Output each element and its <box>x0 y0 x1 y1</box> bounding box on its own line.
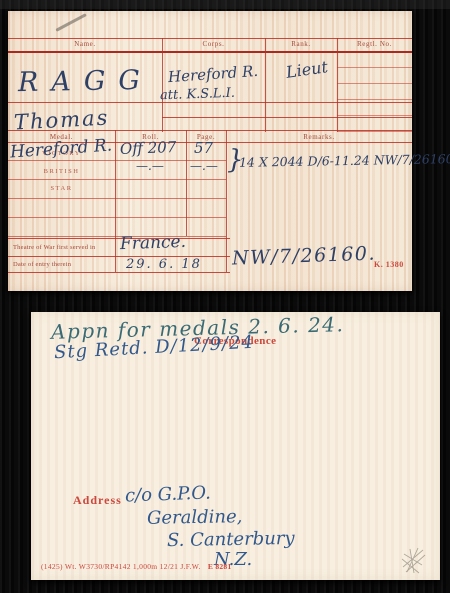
address-line-3: S. Canterbury <box>167 530 295 550</box>
grid-line <box>8 130 412 131</box>
printers-code-line: (1425) Wt. W3730/RP4142 1,000m 12/21 J.F… <box>41 562 232 571</box>
medal-index-card-back: Appn for medals 2. 6. 24. Correspondence… <box>31 312 440 580</box>
printers-code: (1425) Wt. W3730/RP4142 1,000m 12/21 J.F… <box>41 562 201 571</box>
grid-line <box>8 38 412 39</box>
corps-column-header: Corps. <box>162 40 265 48</box>
medal-index-card-front: Name. Corps. Rank. Regtl. No. RAGG Thoma… <box>8 11 412 291</box>
grid-line <box>115 130 116 272</box>
grid-line <box>8 102 412 103</box>
address-label: Address <box>73 493 122 508</box>
date-of-entry-label: Date of entry therein <box>13 261 71 269</box>
roll-value-1: Off 207 <box>120 140 177 157</box>
roll-value-2: —.— <box>136 160 164 172</box>
rank-column-header: Rank. <box>265 40 337 48</box>
remarks-header: Remarks. <box>226 133 412 141</box>
embossed-crest-mark <box>399 545 427 577</box>
printers-code-ref: E 8281 <box>208 562 232 571</box>
corps-handwriting-line2: att. K.S.L.I. <box>160 87 235 103</box>
pencil-mark <box>55 13 86 31</box>
date-of-entry-value: 29. 6. 18 <box>126 258 202 271</box>
address-line-2: Geraldine, <box>147 508 243 528</box>
regtl-row-lines <box>337 52 412 132</box>
corps-handwriting-line1: Hereford R. <box>168 64 259 85</box>
star-medal-label: STAR <box>8 185 115 192</box>
address-line-1: c/o G.P.O. <box>125 485 211 506</box>
form-code: K. 1380 <box>374 260 404 269</box>
page-value-1: 57 <box>194 141 213 156</box>
name-column-header: Name. <box>8 40 162 48</box>
theatre-of-war-value: France. <box>120 234 187 253</box>
reference-number-handwriting: NW/7/26160. <box>232 244 377 268</box>
grid-line <box>8 272 230 273</box>
regtl-no-column-header: Regtl. No. <box>337 40 412 48</box>
page-value-2: —.— <box>190 160 218 172</box>
surname-handwriting: RAGG <box>18 67 153 96</box>
rank-handwriting: Lieut <box>285 59 329 81</box>
grid-line <box>162 117 412 118</box>
remarks-handwriting: 14 X 2044 D/6-11.24 NW/7/26160 <box>239 153 450 169</box>
theatre-of-war-label: Theatre of War first served in <box>13 244 95 252</box>
grid-line <box>186 130 187 236</box>
british-medal-label: BRITISH <box>8 168 115 175</box>
